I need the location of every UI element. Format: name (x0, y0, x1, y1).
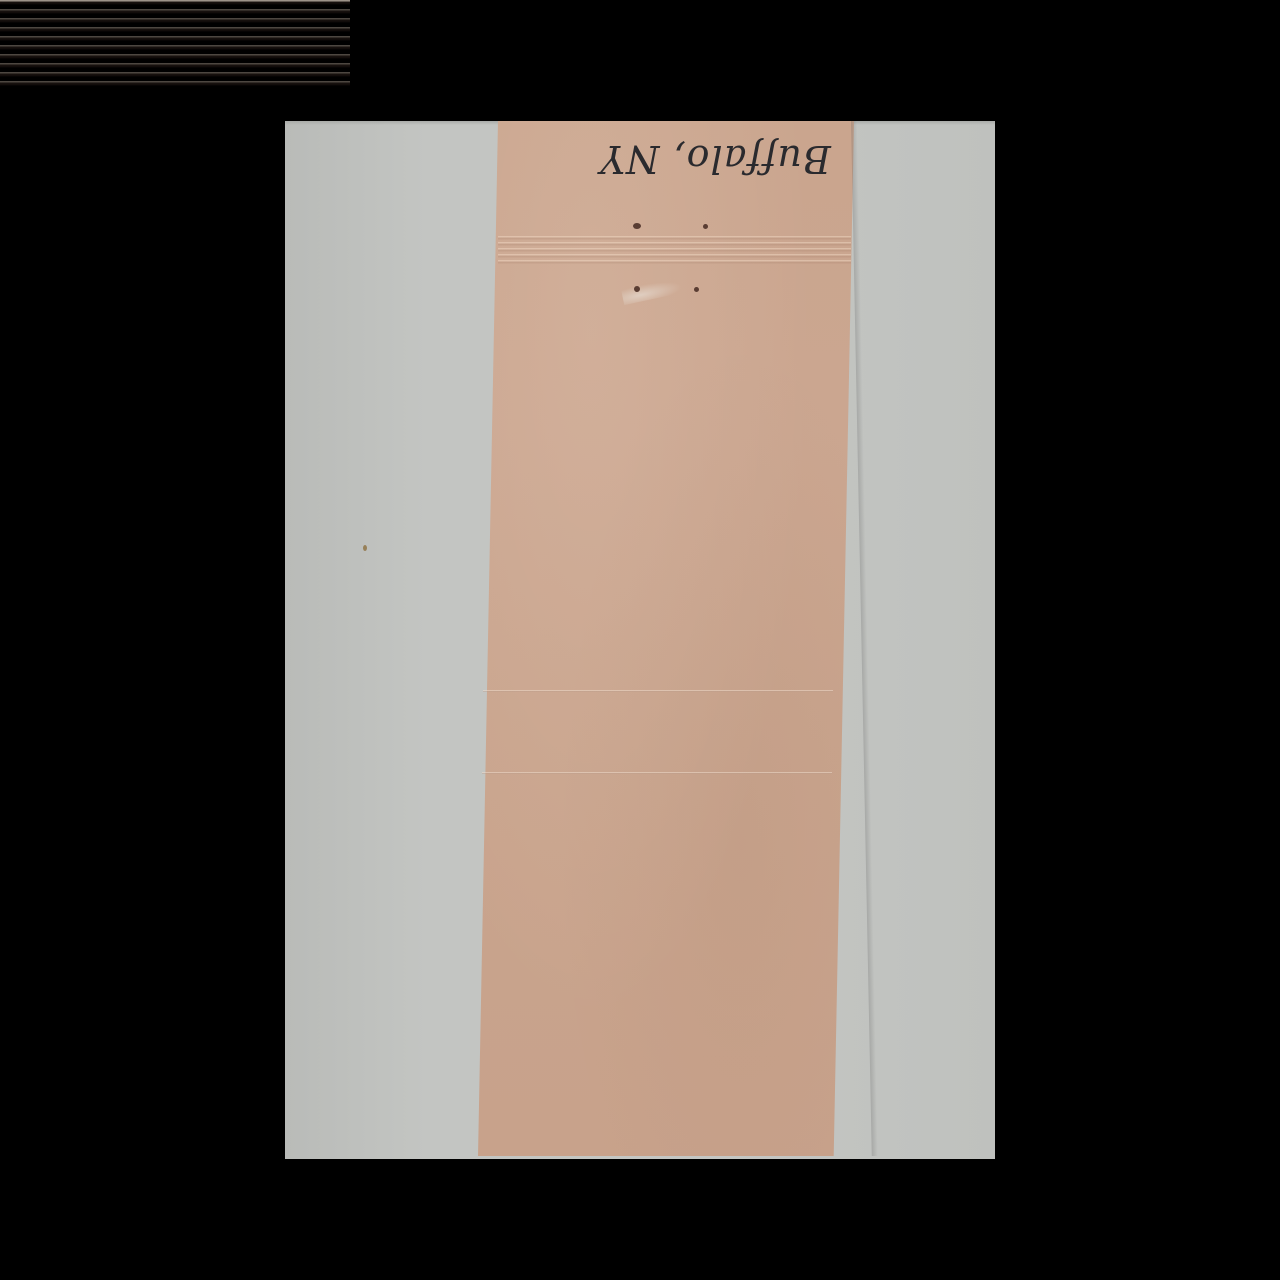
staple-hole (633, 223, 641, 229)
handwritten-location: Buffalo, NY (590, 124, 840, 194)
striker-fold-band (0, 0, 350, 86)
paper-edge-shadow (851, 121, 878, 1156)
matchbook-paper (478, 121, 854, 1156)
staple-hole (634, 286, 640, 292)
fold-line (483, 690, 833, 692)
staple-hole (703, 224, 708, 229)
staple-hole (694, 287, 699, 292)
matchbook-cover: Buffalo, NY (0, 0, 1280, 1280)
top-fold-crease (498, 236, 851, 266)
fold-line (482, 772, 832, 774)
